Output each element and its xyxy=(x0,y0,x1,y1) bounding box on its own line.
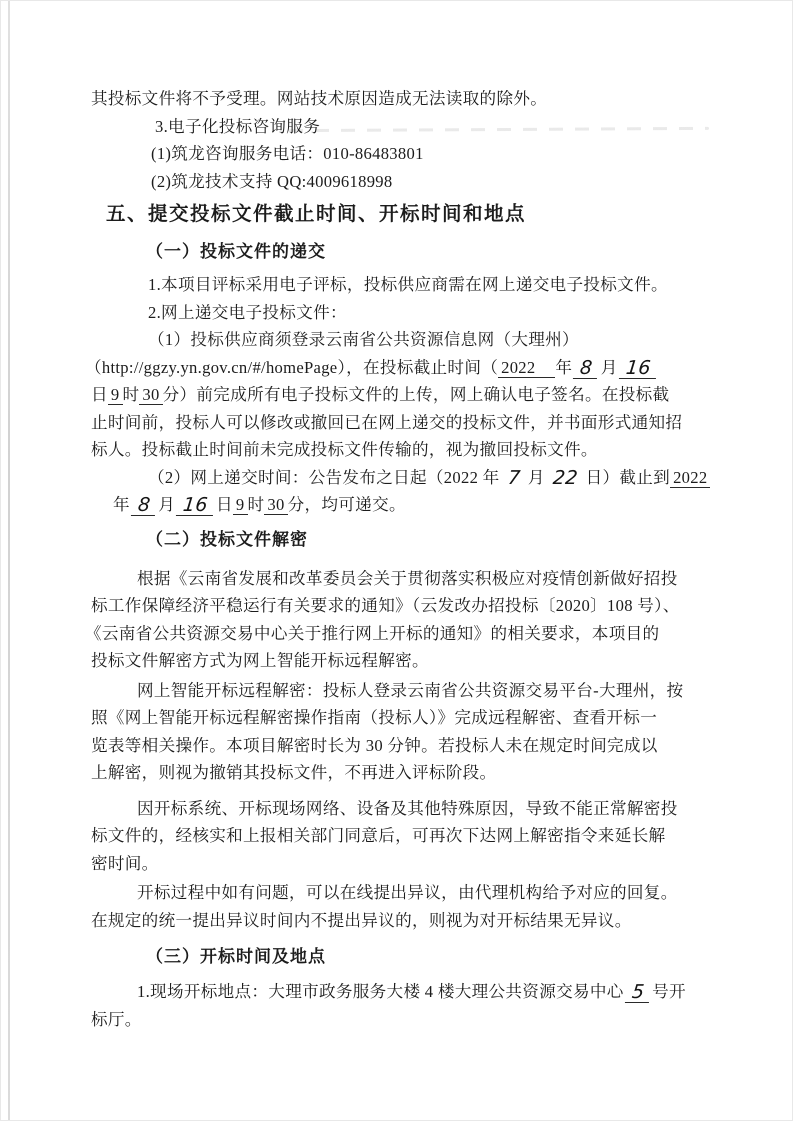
text-line: 览表等相关操作。本项目解密时长为 30 分钟。若投标人未在规定时间完成以 xyxy=(91,732,714,760)
text-run: 标人。投标截止时间前未完成投标文件传输的，视为撤回投标文件。 xyxy=(91,440,598,459)
text-run: 览表等相关操作。本项目解密时长为 30 分钟。若投标人未在规定时间完成以 xyxy=(91,736,658,755)
text-run: (1)筑龙咨询服务电话：010-86483801 xyxy=(151,144,424,163)
handwritten-text: 5 xyxy=(625,982,652,1003)
text-run: 网上智能开标远程解密：投标人登录云南省公共资源交易平台-大理州，按 xyxy=(137,681,683,700)
text-line: 止时间前，投标人可以修改或撤回已在网上递交的投标文件，并书面形式通知招 xyxy=(91,409,714,437)
text-run: （2）网上递交时间：公告发布之日起（2022 年 xyxy=(148,468,500,487)
text-line: 其投标文件将不予受理。网站技术原因造成无法读取的除外。 xyxy=(91,85,714,113)
text-run: 月 xyxy=(528,468,545,487)
text-run: 日 xyxy=(91,385,108,404)
text-line: 根据《云南省发展和改革委员会关于贯彻落实积极应对疫情创新做好招投 xyxy=(137,565,714,593)
subsection-heading: （二）投标文件解密 xyxy=(146,525,714,555)
handwritten-text: 16 xyxy=(618,358,657,379)
text-run: 照《网上智能开标远程解密操作指南（投标人）》完成远程解密、查看开标一 xyxy=(91,708,657,727)
text-line: 投标文件解密方式为网上智能开标远程解密。 xyxy=(91,647,714,675)
text-line: 2.网上递交电子投标文件： xyxy=(148,299,714,327)
text-run: （一）投标文件的递交 xyxy=(146,242,326,261)
text-run: 分，均可递交。 xyxy=(288,495,406,514)
text-run: （二）投标文件解密 xyxy=(146,530,308,549)
text-run: 时 xyxy=(248,495,265,514)
text-line: 年8月16日9时30分，均可递交。 xyxy=(113,491,714,519)
handwritten-text: 16 xyxy=(176,495,215,516)
handwritten-text: 8 xyxy=(131,495,158,516)
text-run: 1.本项目评标采用电子评标，投标供应商需在网上递交电子投标文件。 xyxy=(148,275,668,294)
underlined-text: 9 xyxy=(233,495,248,515)
text-run: 日 xyxy=(216,495,233,514)
text-line: 开标过程中如有问题，可以在线提出异议，由代理机构给予对应的回复。 xyxy=(137,879,714,907)
text-line: （http://ggzy.yn.gov.cn/#/homePage），在投标截止… xyxy=(85,354,714,382)
handwritten-text: 22 xyxy=(546,468,585,488)
text-run: 年 xyxy=(555,358,572,377)
text-run: 标文件的，经核实和上报相关部门同意后，可再次下达网上解密指令来延长解 xyxy=(91,826,665,845)
text-run: 日）截止到 xyxy=(586,468,670,487)
text-run: 投标文件解密方式为网上智能开标远程解密。 xyxy=(91,651,429,670)
text-run: 1.现场开标地点：大理市政务服务大楼 4 楼大理公共资源交易中心 xyxy=(137,982,624,1001)
text-line: 标文件的，经核实和上报相关部门同意后，可再次下达网上解密指令来延长解 xyxy=(91,822,714,850)
underlined-text: 2022 xyxy=(498,358,555,378)
text-run: 号开 xyxy=(652,982,686,1001)
section-heading: 五、提交投标文件截止时间、开标时间和地点 xyxy=(106,197,714,231)
text-run: 上解密，则视为撤销其投标文件，不再进入评标阶段。 xyxy=(91,763,496,782)
text-run: 月 xyxy=(158,495,175,514)
text-run: 《云南省公共资源交易中心关于推行网上开标的通知》的相关要求，本项目的 xyxy=(85,624,659,643)
text-run: 密时间。 xyxy=(91,854,159,873)
list-item: (1)筑龙咨询服务电话：010-86483801 xyxy=(151,140,714,168)
text-run: 止时间前，投标人可以修改或撤回已在网上递交的投标文件，并书面形式通知招 xyxy=(91,413,682,432)
text-line: 1.本项目评标采用电子评标，投标供应商需在网上递交电子投标文件。 xyxy=(148,271,714,299)
text-line: （1）投标供应商须登录云南省公共资源信息网（大理州） xyxy=(148,326,714,354)
list-item: (2)筑龙技术支持 QQ:4009618998 xyxy=(151,168,714,196)
text-run: 开标过程中如有问题，可以在线提出异议，由代理机构给予对应的回复。 xyxy=(137,883,678,902)
text-run: 标厅。 xyxy=(91,1010,142,1029)
handwritten-text: 7 xyxy=(500,468,526,488)
text-run: 2.网上递交电子投标文件： xyxy=(148,303,347,322)
subsection-heading: （一）投标文件的递交 xyxy=(146,237,714,267)
text-run: 月 xyxy=(601,358,618,377)
text-run: 时 xyxy=(123,385,140,404)
text-line: 标人。投标截止时间前未完成投标文件传输的，视为撤回投标文件。 xyxy=(91,436,714,464)
text-run: （1）投标供应商须登录云南省公共资源信息网（大理州） xyxy=(148,330,579,349)
text-run: (2)筑龙技术支持 QQ:4009618998 xyxy=(151,172,393,191)
text-run: 其投标文件将不予受理。网站技术原因造成无法读取的除外。 xyxy=(91,89,547,108)
text-line: 照《网上智能开标远程解密操作指南（投标人）》完成远程解密、查看开标一 xyxy=(91,704,714,732)
text-line: 上解密，则视为撤销其投标文件，不再进入评标阶段。 xyxy=(91,759,714,787)
text-line: 《云南省公共资源交易中心关于推行网上开标的通知》的相关要求，本项目的 xyxy=(85,620,714,648)
underlined-text: 9 xyxy=(108,385,123,405)
text-run: 因开标系统、开标现场网络、设备及其他特殊原因，导致不能正常解密投 xyxy=(137,799,678,818)
text-run: 3.电子化投标咨询服务 xyxy=(155,117,320,136)
text-run: 在规定的统一提出异议时间内不提出异议的，则视为对开标结果无异议。 xyxy=(91,911,632,930)
text-line: 在规定的统一提出异议时间内不提出异议的，则视为对开标结果无异议。 xyxy=(91,907,714,935)
text-line: 标工作保障经济平稳运行有关要求的通知》（云发改办招投标〔2020〕108 号）、 xyxy=(91,592,714,620)
text-line: 网上智能开标远程解密：投标人登录云南省公共资源交易平台-大理州，按 xyxy=(137,677,714,705)
underlined-text: 30 xyxy=(264,495,287,515)
text-run: 分）前完成所有电子投标文件的上传，网上确认电子签名。在投标截 xyxy=(163,385,670,404)
document-body: 其投标文件将不予受理。网站技术原因造成无法读取的除外。3.电子化投标咨询服务(1… xyxy=(1,1,792,1033)
text-line: 1.现场开标地点：大理市政务服务大楼 4 楼大理公共资源交易中心5号开 xyxy=(137,978,714,1006)
handwritten-text: 8 xyxy=(573,358,600,379)
text-line: 因开标系统、开标现场网络、设备及其他特殊原因，导致不能正常解密投 xyxy=(137,795,714,823)
text-line: （2）网上递交时间：公告发布之日起（2022 年7月22日）截止到2022 xyxy=(148,464,714,492)
underlined-text: 2022 xyxy=(670,468,710,488)
list-item: 3.电子化投标咨询服务 xyxy=(155,113,714,141)
text-run: 五、提交投标文件截止时间、开标时间和地点 xyxy=(106,203,526,225)
text-run: （http://ggzy.yn.gov.cn/#/homePage），在投标截止… xyxy=(85,358,498,377)
text-run: 标工作保障经济平稳运行有关要求的通知》（云发改办招投标〔2020〕108 号）、 xyxy=(91,596,680,615)
text-line: 日9时30分）前完成所有电子投标文件的上传，网上确认电子签名。在投标截 xyxy=(91,381,714,409)
document-page: 其投标文件将不予受理。网站技术原因造成无法读取的除外。3.电子化投标咨询服务(1… xyxy=(0,0,793,1121)
underlined-text: 30 xyxy=(139,385,162,405)
text-run: （三）开标时间及地点 xyxy=(146,947,326,966)
subsection-heading: （三）开标时间及地点 xyxy=(146,942,714,972)
text-run: 年 xyxy=(113,495,130,514)
text-run: 根据《云南省发展和改革委员会关于贯彻落实积极应对疫情创新做好招投 xyxy=(137,569,678,588)
text-line: 标厅。 xyxy=(91,1006,714,1034)
text-line: 密时间。 xyxy=(91,850,714,878)
